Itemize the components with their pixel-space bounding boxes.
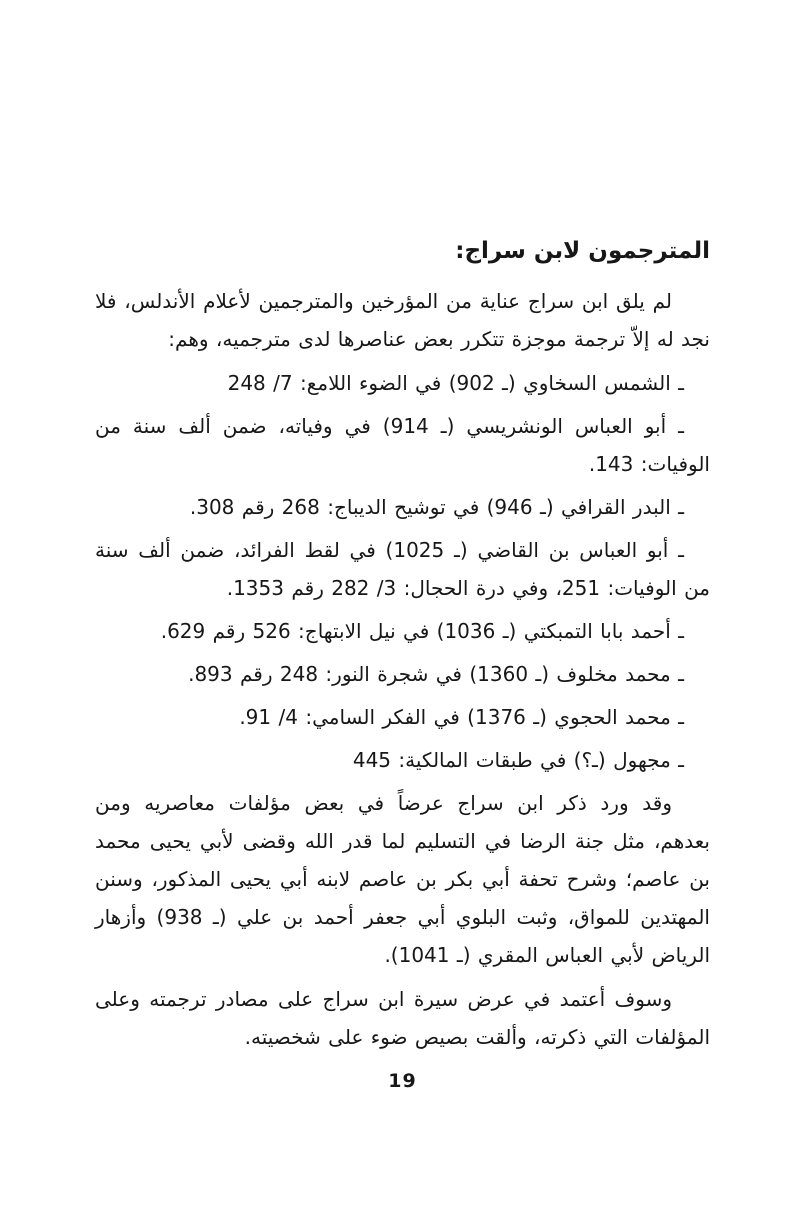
book-page: المترجمون لابن سراج: لم يلق ابن سراج عنا… (0, 0, 798, 1213)
closing-paragraph: وسوف أعتمد في عرض سيرة ابن سراج على مصاد… (95, 980, 710, 1056)
page-number: 19 (95, 1070, 710, 1092)
reference-item: ـ البدر القرافي (ـ 946) في توشيح الديباج… (95, 488, 710, 526)
reference-item: ـ أبو العباس بن القاضي (ـ 1025) في لقط ا… (95, 531, 710, 607)
references-list: ـ الشمس السخاوي (ـ 902) في الضوء اللامع:… (95, 364, 710, 779)
intro-paragraph: لم يلق ابن سراج عناية من المؤرخين والمتر… (95, 282, 710, 358)
reference-item: ـ الشمس السخاوي (ـ 902) في الضوء اللامع:… (95, 364, 710, 402)
reference-item: ـ محمد مخلوف (ـ 1360) في شجرة النور: 248… (95, 655, 710, 693)
reference-item: ـ محمد الحجوي (ـ 1376) في الفكر السامي: … (95, 698, 710, 736)
reference-item: ـ أبو العباس الونشريسي (ـ 914) في وفياته… (95, 407, 710, 483)
mentions-paragraph: وقد ورد ذكر ابن سراج عرضاً في بعض مؤلفات… (95, 784, 710, 974)
reference-item: ـ مجهول (ـ؟) في طبقات المالكية: 445 (95, 741, 710, 779)
reference-item: ـ أحمد بابا التمبكتي (ـ 1036) في نيل الا… (95, 612, 710, 650)
section-heading: المترجمون لابن سراج: (95, 236, 710, 266)
